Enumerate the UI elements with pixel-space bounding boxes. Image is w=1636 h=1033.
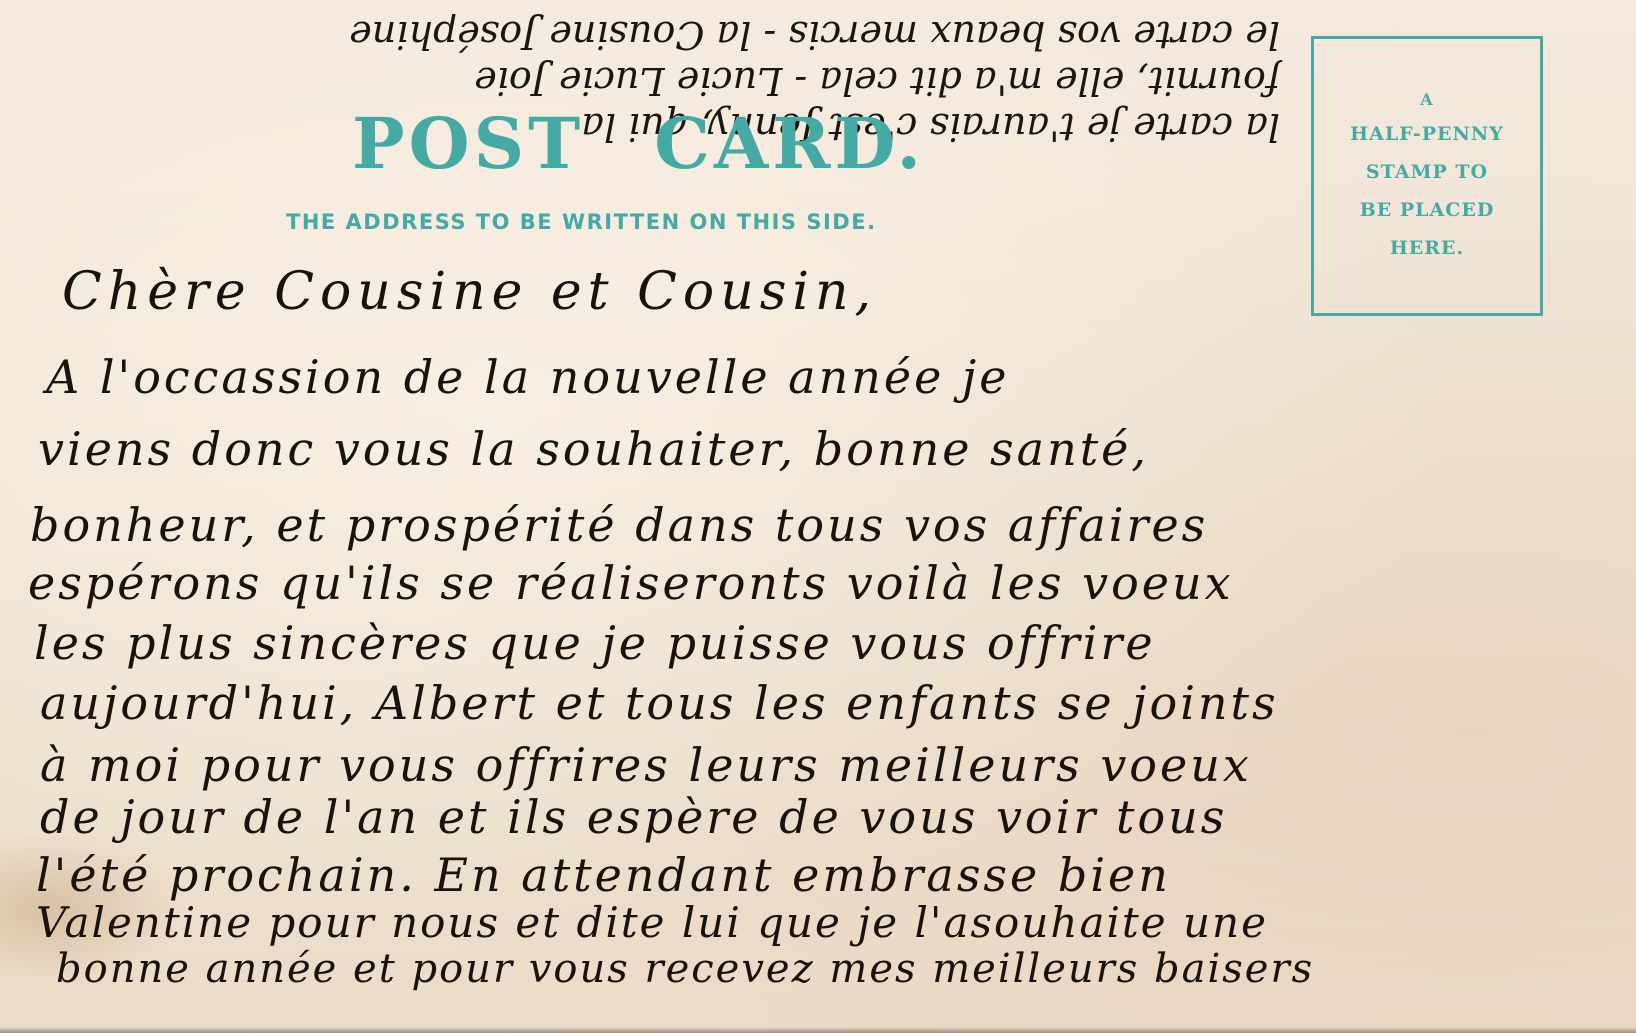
letter-line: Valentine pour nous et dite lui que je l… bbox=[36, 898, 1268, 947]
letter-line: espérons qu'ils se réaliseronts voilà le… bbox=[28, 556, 1234, 610]
letter-line: viens donc vous la souhaiter, bonne sant… bbox=[38, 422, 1149, 476]
letter-line: à moi pour vous offrires leurs meilleurs… bbox=[40, 738, 1252, 792]
letter-line: aujourd'hui, Albert et tous les enfants … bbox=[40, 676, 1279, 730]
letter-line: bonheur, et prospérité dans tous vos aff… bbox=[30, 498, 1208, 552]
postcard-back: la carte je t'aurais c'est Jenny, qui la… bbox=[0, 0, 1636, 1033]
letter-salutation: Chère Cousine et Cousin, bbox=[62, 262, 877, 322]
letter-line: bonne année et pour vous recevez mes mei… bbox=[56, 946, 1314, 992]
handwritten-letter: Chère Cousine et Cousin, A l'occassion d… bbox=[0, 0, 1636, 1033]
card-edge-shadow bbox=[0, 1027, 1636, 1033]
letter-line: les plus sincères que je puisse vous off… bbox=[34, 616, 1156, 670]
letter-line: l'été prochain. En attendant embrasse bi… bbox=[36, 848, 1171, 902]
letter-line: A l'occassion de la nouvelle année je bbox=[46, 350, 1009, 404]
letter-line: de jour de l'an et ils espère de vous vo… bbox=[40, 790, 1227, 844]
